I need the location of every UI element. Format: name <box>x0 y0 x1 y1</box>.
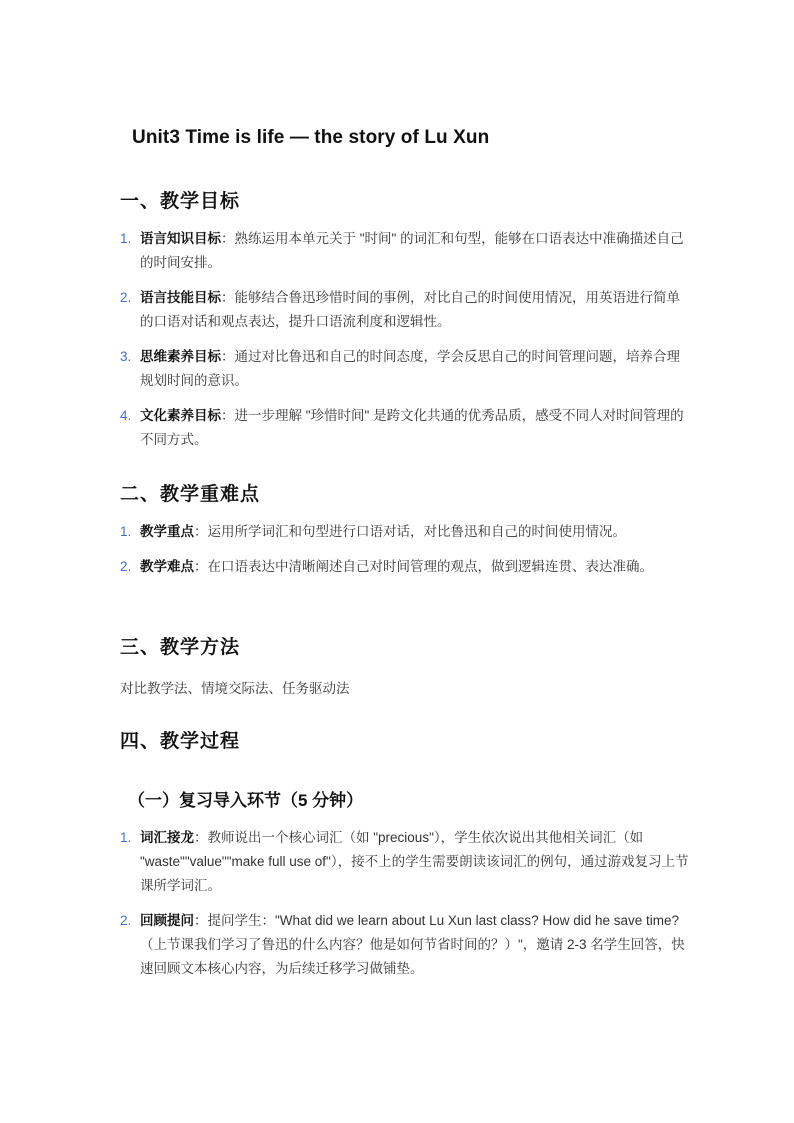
section-heading-methods: 三、教学方法 <box>120 632 240 659</box>
list-separator: ： <box>221 290 235 305</box>
list-text: 提问学生："What did we learn about Lu Xun las… <box>140 913 685 976</box>
list-separator: ： <box>194 913 208 928</box>
list-keyword: 回顾提问 <box>140 913 194 928</box>
list-item: 3.思维素养目标：通过对比鲁迅和自己的时间态度，学会反思自己的时间管理问题，培养… <box>120 345 690 393</box>
list-separator: ： <box>194 559 208 574</box>
list-number: 4. <box>120 404 138 428</box>
section-heading-objectives: 一、教学目标 <box>120 186 240 213</box>
list-text: 教师说出一个核心词汇（如 "precious"），学生依次说出其他相关词汇（如 … <box>140 830 689 893</box>
list-keyword: 语言知识目标 <box>140 231 221 246</box>
list-separator: ： <box>221 408 235 423</box>
list-keyword: 文化素养目标 <box>140 408 221 423</box>
list-text: 在口语表达中清晰阐述自己对时间管理的观点，做到逻辑连贯、表达准确。 <box>208 559 654 574</box>
list-number: 2. <box>120 286 138 310</box>
list-separator: ： <box>194 830 208 845</box>
list-item: 2.回顾提问：提问学生："What did we learn about Lu … <box>120 909 690 981</box>
list-number: 2. <box>120 909 138 933</box>
list-item: 2.语言技能目标：能够结合鲁迅珍惜时间的事例，对比自己的时间使用情况，用英语进行… <box>120 286 690 334</box>
list-number: 3. <box>120 345 138 369</box>
list-keyword: 思维素养目标 <box>140 349 221 364</box>
list-item: 1.语言知识目标：熟练运用本单元关于 "时间" 的词汇和句型，能够在口语表达中准… <box>120 227 690 275</box>
section-heading-process: 四、教学过程 <box>120 726 240 753</box>
list-keyword: 教学难点 <box>140 559 194 574</box>
list-number: 1. <box>120 520 138 544</box>
list-text: 运用所学词汇和句型进行口语对话，对比鲁迅和自己的时间使用情况。 <box>208 524 627 539</box>
objectives-list: 1.语言知识目标：熟练运用本单元关于 "时间" 的词汇和句型，能够在口语表达中准… <box>120 227 690 463</box>
list-keyword: 词汇接龙 <box>140 830 194 845</box>
list-number: 2. <box>120 555 138 579</box>
key-points-list: 1.教学重点：运用所学词汇和句型进行口语对话，对比鲁迅和自己的时间使用情况。 2… <box>120 520 690 590</box>
section-heading-key-points: 二、教学重难点 <box>120 479 260 506</box>
list-keyword: 教学重点 <box>140 524 194 539</box>
list-item: 1.教学重点：运用所学词汇和句型进行口语对话，对比鲁迅和自己的时间使用情况。 <box>120 520 690 544</box>
list-number: 1. <box>120 826 138 850</box>
methods-text: 对比教学法、情境交际法、任务驱动法 <box>120 677 350 697</box>
list-item: 4.文化素养目标：进一步理解 "珍惜时间" 是跨文化共通的优秀品质，感受不同人对… <box>120 404 690 452</box>
review-list: 1.词汇接龙：教师说出一个核心词汇（如 "precious"），学生依次说出其他… <box>120 826 690 992</box>
document-page: Unit3 Time is life — the story of Lu Xun… <box>0 0 794 1123</box>
list-number: 1. <box>120 227 138 251</box>
document-title: Unit3 Time is life — the story of Lu Xun <box>132 127 489 149</box>
list-keyword: 语言技能目标 <box>140 290 221 305</box>
list-separator: ： <box>221 231 235 246</box>
list-separator: ： <box>221 349 235 364</box>
list-item: 1.词汇接龙：教师说出一个核心词汇（如 "precious"），学生依次说出其他… <box>120 826 690 898</box>
subsection-heading-review: （一）复习导入环节（5 分钟） <box>128 786 363 811</box>
list-separator: ： <box>194 524 208 539</box>
list-item: 2.教学难点：在口语表达中清晰阐述自己对时间管理的观点，做到逻辑连贯、表达准确。 <box>120 555 690 579</box>
